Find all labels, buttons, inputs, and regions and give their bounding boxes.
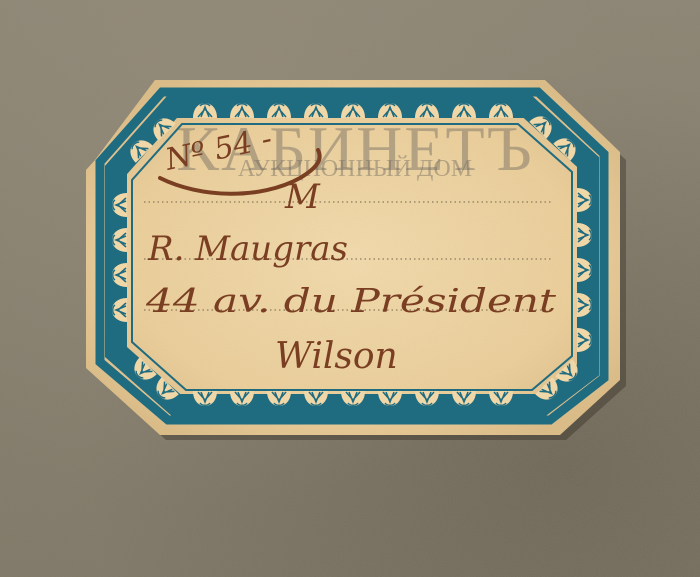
label-line-name: R. Maugras (147, 229, 348, 269)
label-artwork: КАБИНЕТЪ АУКЦИОННЫЙ ДОМ Nº 54 - M R. Mau… (0, 0, 700, 577)
label-initial: M (284, 177, 321, 217)
label-line-city: Wilson (275, 336, 398, 377)
label-line-address: 44 av. du Président (145, 281, 557, 320)
watermark-subtitle: АУКЦИОННЫЙ ДОМ (238, 156, 472, 182)
photo-scene: КАБИНЕТЪ АУКЦИОННЫЙ ДОМ Nº 54 - M R. Mau… (0, 0, 700, 577)
